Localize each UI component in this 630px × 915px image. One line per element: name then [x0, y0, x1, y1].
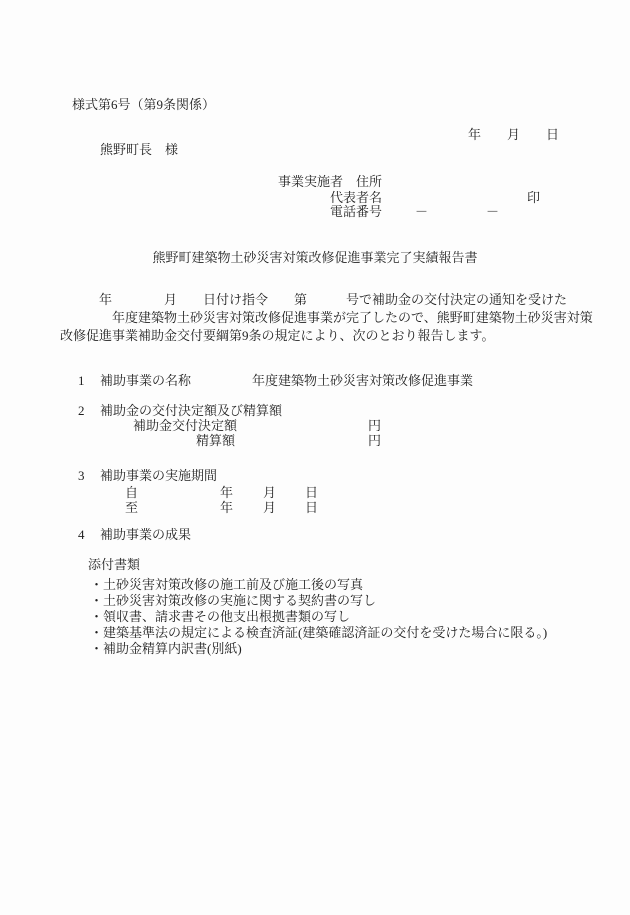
item-2-label: 補助金の交付決定額及び精算額: [100, 404, 282, 417]
document-title: 熊野町建築物土砂災害対策改修促進事業完了実績報告書: [0, 251, 630, 264]
period-to-year: 年: [220, 501, 233, 514]
period-from-year: 年: [220, 486, 233, 499]
phone-dash-2: －: [486, 205, 499, 218]
issue-date-line: 年 月 日: [468, 128, 559, 141]
phone-number-label: 電話番号: [330, 205, 382, 218]
period-from-label: 自: [125, 486, 138, 499]
seal-mark: 印: [527, 191, 540, 204]
paragraph-line-2: 年度建築物土砂災害対策改修促進事業が完了したので、熊野町建築物土砂災害対策: [60, 311, 593, 324]
form-number: 様式第6号（第9条関係）: [72, 98, 215, 111]
grant-decided-amount-label: 補助金交付決定額: [133, 419, 237, 432]
settlement-amount-label: 精算額: [196, 434, 235, 447]
item-1-label: 補助事業の名称: [100, 374, 191, 387]
item-3-label: 補助事業の実施期間: [100, 469, 217, 482]
paragraph-line-3: 改修促進事業補助金交付要綱第9条の規定により、次のとおり報告します。: [60, 329, 494, 342]
implementer-address-line: 事業実施者 住所: [278, 175, 382, 188]
paragraph-line-1: 年 月 日付け指令 第 号で補助金の交付決定の通知を受けた: [60, 293, 567, 306]
item-3-number: 3: [78, 469, 85, 482]
attachment-item: ・土砂災害対策改修の実施に関する契約書の写し: [90, 594, 376, 607]
period-to-month: 月: [263, 501, 276, 514]
attachment-item: ・土砂災害対策改修の施工前及び施工後の写真: [90, 578, 363, 591]
item-1-number: 1: [78, 374, 85, 387]
phone-dash-1: －: [415, 205, 428, 218]
attachment-item: ・補助金精算内訳書(別紙): [90, 642, 242, 655]
attachment-item: ・建築基準法の規定による検査済証(建築確認済証の交付を受けた場合に限る。): [90, 626, 547, 639]
period-to-label: 至: [125, 501, 138, 514]
period-from-day: 日: [305, 486, 318, 499]
period-to-day: 日: [305, 501, 318, 514]
grant-decided-amount-unit: 円: [368, 419, 381, 432]
item-4-number: 4: [78, 528, 85, 541]
representative-name-label: 代表者名: [330, 191, 382, 204]
item-1-value: 年度建築物土砂災害対策改修促進事業: [252, 374, 473, 387]
settlement-amount-unit: 円: [368, 434, 381, 447]
item-2-number: 2: [78, 404, 85, 417]
attachments-header: 添付書類: [88, 558, 140, 571]
period-from-month: 月: [263, 486, 276, 499]
document-page: 様式第6号（第9条関係） 年 月 日 熊野町長 様 事業実施者 住所 代表者名 …: [0, 0, 630, 915]
item-4-label: 補助事業の成果: [100, 528, 191, 541]
addressee: 熊野町長 様: [100, 143, 178, 156]
attachment-item: ・領収書、請求書その他支出根拠書類の写し: [90, 610, 350, 623]
